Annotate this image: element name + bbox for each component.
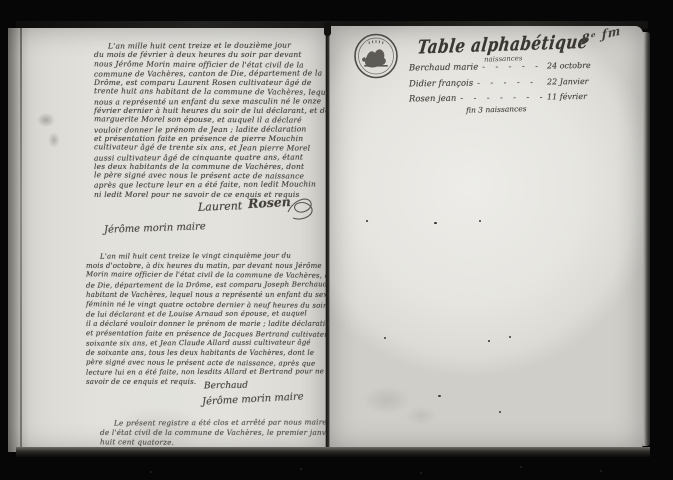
- manuscript-line: du mois de février à deux heures du soir…: [94, 50, 328, 59]
- manuscript-line: habitant de Vachères, lequel nous a repr…: [86, 291, 332, 301]
- signature-laurent: Laurent: [198, 199, 243, 214]
- ink-speck: [366, 220, 368, 222]
- right-page: 8ᵉ ƒm Table alphabétique naissances Berc…: [329, 26, 643, 450]
- manuscript-line: il a déclaré vouloir donner le prénom de…: [86, 320, 332, 330]
- ink-speck: [488, 340, 490, 342]
- manuscript-line: L'an mille huit cent treize et le douziè…: [94, 40, 328, 51]
- table-entry: Didier françois- - - - - - -22 Janvier: [409, 76, 613, 89]
- signature-flourish-icon: [285, 194, 319, 224]
- binding-crease: [20, 28, 22, 452]
- manuscript-line: de soixante ans, tous les deux habitants…: [86, 349, 332, 359]
- left-page: L'an mille huit cent treize et le douziè…: [8, 28, 326, 452]
- register-closing-note: Le présent registre a été clos et arrêté…: [100, 418, 334, 448]
- entry-name: Didier françois: [409, 78, 473, 89]
- entry-leader: - - - - - - - -: [460, 93, 543, 103]
- photo-noise: [300, 468, 302, 470]
- entry-date: 11 février: [547, 92, 613, 102]
- signature-berchaud: Berchaud: [204, 381, 248, 392]
- ink-speck: [438, 395, 441, 397]
- ink-speck: [479, 220, 481, 222]
- entry-name: Rosen jean: [409, 94, 456, 105]
- ink-speck: [509, 336, 511, 338]
- entry-date: 22 Janvier: [547, 76, 613, 86]
- manuscript-line: Le présent registre a été clos et arrêté…: [100, 417, 334, 428]
- entry-name: Berchaud marie: [409, 62, 478, 73]
- manuscript-line: nous a représenté un enfant du sexe masc…: [94, 96, 328, 107]
- signature-mayor-act2: Jérôme morin maire: [202, 391, 304, 407]
- table-footer: fin 3 naissances: [466, 104, 527, 115]
- manuscript-line: L'an mil huit cent treize le vingt cinqu…: [86, 251, 332, 262]
- manuscript-line: vouloir donner le prénom de Jean ; ladit…: [94, 124, 328, 135]
- fold-notch: [324, 22, 331, 36]
- table-entry: Berchaud marie- - - - - - - - -24 octobr…: [409, 61, 613, 74]
- manuscript-line: lecture lui en a été faite, non lesdits …: [86, 368, 332, 379]
- entry-date: 24 octobre: [547, 61, 613, 71]
- table-entry: Rosen jean- - - - - - - -11 février: [409, 92, 613, 105]
- entry-leader: - - - - - - - - -: [482, 62, 543, 72]
- birth-act-berchaud: L'an mil huit cent treize le vingt cinqu…: [86, 252, 332, 388]
- manuscript-line: soixante six ans, et Jean Claude Allard …: [86, 339, 332, 350]
- photo-noise: [600, 470, 602, 472]
- manuscript-line: de lui déclarant et de Louise Arnaud son…: [86, 310, 332, 321]
- book-center-fold: [325, 24, 330, 452]
- photo-noise: [520, 466, 522, 468]
- alphabetical-table: Berchaud marie- - - - - - - - -24 octobr…: [409, 62, 613, 109]
- ink-speck: [384, 337, 386, 339]
- ink-speck: [434, 222, 437, 224]
- manuscript-line: commune de Vachères, canton de Die, dépa…: [94, 68, 328, 79]
- manuscript-line: après que lecture leur en a été faite, n…: [94, 180, 328, 191]
- manuscript-line: de Die, département de la Drôme, est com…: [86, 280, 332, 291]
- ink-speck: [499, 411, 501, 413]
- manuscript-line: aussi cultivateur âgé de cinquante quatr…: [94, 152, 328, 163]
- birth-act-rosen: L'an mille huit cent treize et le douziè…: [94, 41, 328, 199]
- photo-noise: [420, 472, 422, 474]
- entry-leader: - - - - - - -: [477, 77, 543, 87]
- signature-mayor-act1: Jérôme morin maire: [104, 221, 206, 236]
- photo-noise: [150, 471, 152, 473]
- book-bottom-edge: [16, 447, 650, 457]
- scanned-register-photo: L'an mille huit cent treize et le douziè…: [0, 0, 673, 480]
- circular-stamp-icon: [353, 33, 399, 79]
- page-stack-edge: [643, 32, 650, 446]
